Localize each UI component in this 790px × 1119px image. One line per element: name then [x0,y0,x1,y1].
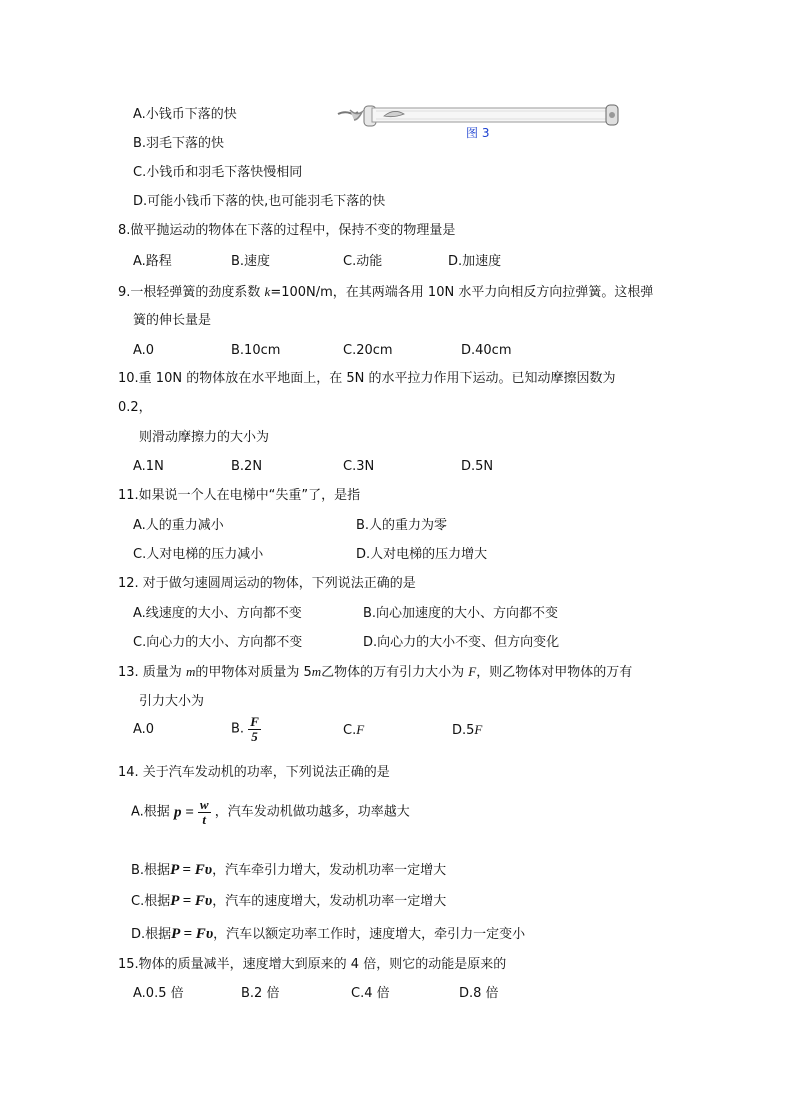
q13-var-m: m [186,664,195,679]
q8-option-d: D.加速度 [448,254,501,270]
q14-formula-numerator: w [198,798,211,813]
q12-option-c: C.向心力的大小、方向都不变 [133,635,302,651]
figure-3-illustration [336,100,620,128]
q13-fraction-denominator: 5 [248,730,261,744]
q9-option-b: B.10cm [231,343,280,359]
q9-option-a: A.0 [133,343,154,359]
q14-option-b-suffix: ，汽车牵引力增大，发动机功率一定增大 [212,863,446,878]
q13-option-d: D.5F [452,722,482,739]
q14-option-a: A.根据 p = w t ，汽车发动机做功越多，功率越大 [131,798,410,827]
q11-option-c: C.人对电梯的压力减小 [133,547,263,563]
q12-stem: 12. 对于做匀速圆周运动的物体，下列说法正确的是 [118,576,416,592]
q7-option-b: B.羽毛下落的快 [133,136,224,152]
q13-option-c-value: F [356,722,364,737]
q10-stem-line3: 则滑动摩擦力的大小为 [139,430,269,446]
q12-option-b: B.向心加速度的大小、方向都不变 [363,606,558,622]
q14-option-a-suffix: ，汽车发动机做功越多，功率越大 [215,805,410,820]
q10-option-b: B.2N [231,459,262,475]
q10-option-c: C.3N [343,459,374,475]
q14-option-c-formula: P = Fυ [170,893,212,909]
q13-stem-d: ，则乙物体对甲物体的万有 [476,665,632,680]
q13-fraction-numerator: F [248,715,261,730]
q14-option-a-prefix: A.根据 [131,805,174,820]
q14-option-d-formula: P = Fυ [171,926,213,942]
q8-option-a: A.路程 [133,254,172,270]
q7-option-d: D.可能小钱币下落的快,也可能羽毛下落的快 [133,194,385,210]
q13-var-m2: m [312,664,321,679]
q14-option-c: C.根据P = Fυ，汽车的速度增大，发动机功率一定增大 [131,893,446,910]
figure-caption: 图 3 [466,126,489,140]
q14-stem: 14. 关于汽车发动机的功率，下列说法正确的是 [118,765,390,781]
q13-fraction: F 5 [248,715,261,744]
q8-option-c: C.动能 [343,254,382,270]
q7-option-c: C.小钱币和羽毛下落快慢相同 [133,165,302,181]
q9-stem-suffix: =100N/m，在其两端各用 10N 水平力向相反方向拉弹簧。这根弹 [270,285,653,300]
q13-stem-line2: 引力大小为 [139,694,204,710]
q10-stem-line2: 0.2， [118,400,152,416]
q13-option-d-value: F [474,722,482,737]
q14-option-d: D.根据P = Fυ，汽车以额定功率工作时，速度增大，牵引力一定变小 [131,926,525,943]
q15-option-a: A.0.5 倍 [133,986,184,1002]
q11-option-d: D.人对电梯的压力增大 [356,547,487,563]
q14-option-b-formula: P = Fυ [170,862,212,878]
q13-stem-b: 的甲物体对质量为 5 [195,665,311,680]
q14-option-c-prefix: C.根据 [131,894,170,909]
q9-stem-prefix: 9.一根轻弹簧的劲度系数 [118,285,265,300]
q14-option-d-prefix: D.根据 [131,927,171,942]
q13-option-b-label: B. [231,722,244,737]
q13-stem-a: 13. 质量为 [118,665,186,680]
q12-option-a: A.线速度的大小、方向都不变 [133,606,302,622]
q12-option-d: D.向心力的大小不变、但方向变化 [363,635,559,651]
q14-formula-lhs: p = [174,805,194,821]
q14-formula-fraction: w t [198,798,211,827]
q14-option-b: B.根据P = Fυ，汽车牵引力增大，发动机功率一定增大 [131,862,446,879]
q10-option-d: D.5N [461,459,493,475]
q15-stem: 15.物体的质量减半，速度增大到原来的 4 倍，则它的动能是原来的 [118,957,506,973]
q9-stem-line2: 簧的伸长量是 [133,313,211,329]
q7-option-a: A.小钱币下落的快 [133,107,237,123]
q13-stem-c: 乙物体的万有引力大小为 [321,665,468,680]
q14-option-d-suffix: ，汽车以额定功率工作时，速度增大，牵引力一定变小 [213,927,525,942]
q10-option-a: A.1N [133,459,164,475]
q11-option-a: A.人的重力减小 [133,518,224,534]
q8-option-b: B.速度 [231,254,270,270]
q8-stem: 8.做平抛运动的物体在下落的过程中，保持不变的物理量是 [118,223,455,239]
q13-option-b: B. F 5 [231,715,261,744]
q13-option-c: C.F [343,722,364,739]
q14-formula-denominator: t [198,813,211,827]
q9-stem-line1: 9.一根轻弹簧的劲度系数 k=100N/m，在其两端各用 10N 水平力向相反方… [118,284,653,301]
q13-option-d-label: D.5 [452,723,474,738]
q13-stem-line1: 13. 质量为 m的甲物体对质量为 5m乙物体的万有引力大小为 F，则乙物体对甲… [118,664,632,681]
q9-option-d: D.40cm [461,343,512,359]
q14-option-c-suffix: ，汽车的速度增大，发动机功率一定增大 [212,894,446,909]
q14-option-b-prefix: B.根据 [131,863,170,878]
q11-stem: 11.如果说一个人在电梯中“失重”了，是指 [118,488,360,504]
q10-stem-line1: 10.重 10N 的物体放在水平地面上，在 5N 的水平拉力作用下运动。已知动摩… [118,371,615,387]
q11-option-b: B.人的重力为零 [356,518,447,534]
q15-option-d: D.8 倍 [459,986,499,1002]
q15-option-b: B.2 倍 [241,986,279,1002]
q15-option-c: C.4 倍 [351,986,390,1002]
q13-option-c-label: C. [343,723,356,738]
q9-option-c: C.20cm [343,343,393,359]
q13-option-a: A.0 [133,722,154,738]
glass-tube-icon [336,100,620,128]
